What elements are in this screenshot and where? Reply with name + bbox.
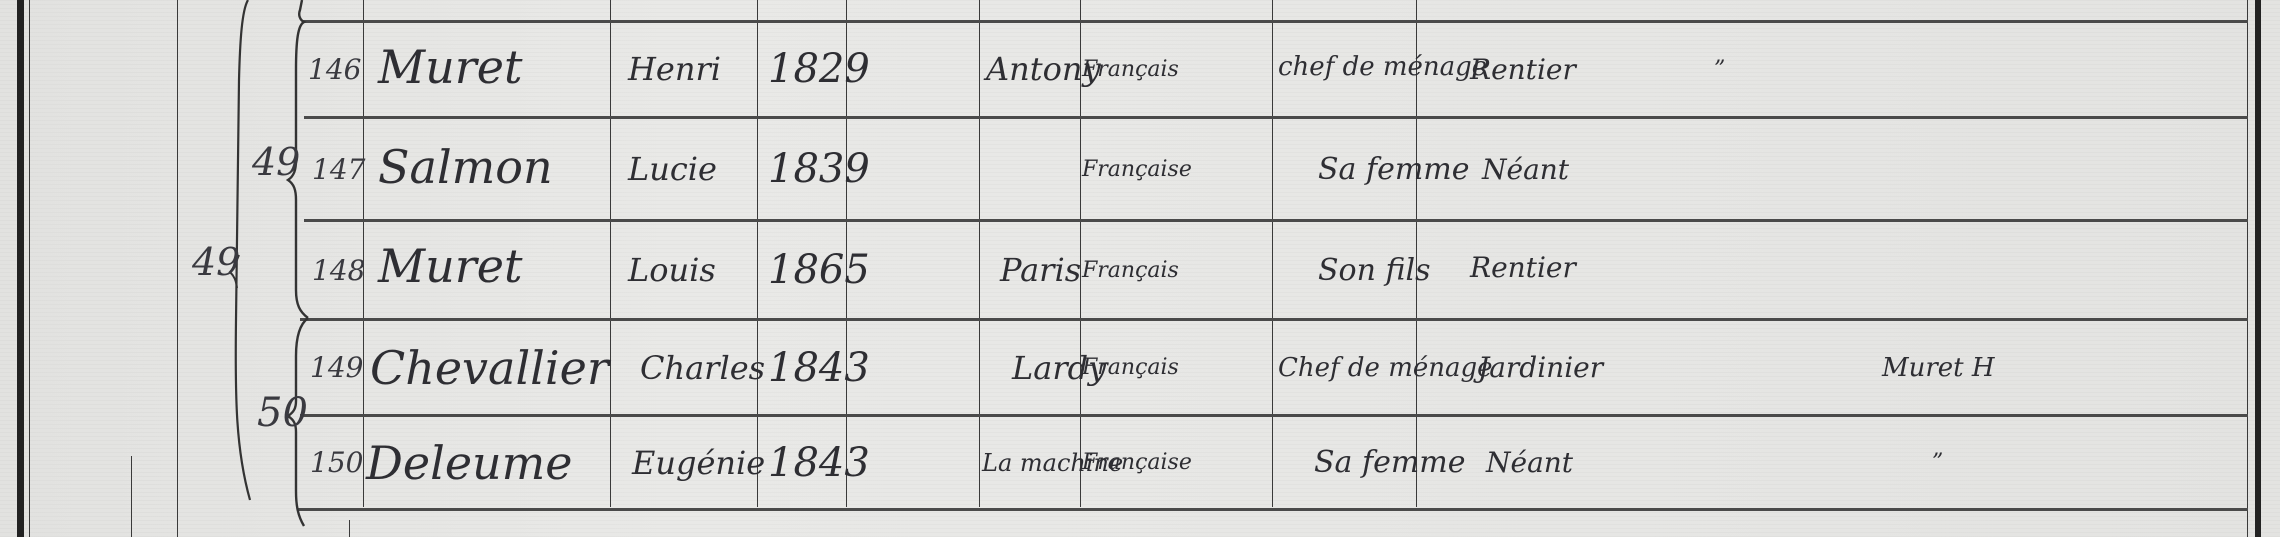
row-3-surname: Chevallier [370, 321, 609, 414]
row-0-surname: Muret [378, 22, 522, 112]
row-4-year: 1843 [768, 417, 870, 508]
col-rule-rel [1272, 0, 1273, 507]
left-margin-rule [17, 0, 24, 537]
row-0-num: 146 [308, 22, 361, 116]
row-4-relation: Sa femme [1314, 417, 1465, 508]
row-4-nationality: Française [1082, 417, 1192, 508]
row-4-occupation: Néant [1486, 417, 1573, 508]
row-2-year: 1865 [768, 222, 870, 318]
row-rule-2 [304, 219, 2248, 222]
row-2-occupation: Rentier [1470, 222, 1576, 312]
col-rule-remark [2247, 0, 2248, 537]
row-2-nationality: Français [1082, 222, 1179, 318]
row-0-relation: chef de ménage [1278, 22, 1487, 112]
row-2-relation: Son fils [1318, 222, 1430, 318]
row-2-birthplace: Paris [1000, 222, 1081, 318]
col-rule-surname [610, 0, 611, 507]
row-2-surname: Muret [378, 222, 522, 310]
row-rule-4 [300, 414, 2248, 417]
row-rule-5 [298, 508, 2248, 511]
col-rule-c [349, 520, 350, 537]
row-rule-0 [302, 20, 2248, 23]
left-thin-rule [29, 0, 30, 537]
row-1-nationality: Française [1082, 119, 1192, 219]
row-4-surname: Deleume [366, 417, 573, 508]
row-1-surname: Salmon [378, 119, 553, 215]
row-3-relation: Chef de ménage [1278, 321, 1493, 414]
row-2-num: 148 [312, 222, 365, 318]
household-group-49: 49 [252, 140, 300, 184]
row-4-num: 150 [310, 417, 363, 508]
col-rule-a [177, 0, 178, 537]
row-0-remark: ” [1714, 22, 1725, 116]
row-0-occupation: Rentier [1470, 22, 1576, 116]
row-3-num: 149 [310, 321, 363, 414]
row-1-given: Lucie [628, 119, 717, 219]
row-1-num: 147 [312, 119, 365, 219]
row-2-given: Louis [628, 222, 716, 318]
row-1-year: 1839 [768, 119, 870, 219]
row-4-remark: ” [1932, 417, 1943, 508]
row-3-remark: Muret H [1882, 321, 1995, 414]
row-3-occupation: Jardinier [1478, 321, 1603, 414]
row-3-year: 1843 [768, 321, 870, 414]
row-0-given: Henri [628, 22, 721, 116]
row-1-relation: Sa femme [1318, 119, 1469, 219]
row-0-nationality: Français [1082, 22, 1179, 116]
right-margin-rule [2255, 0, 2261, 537]
row-3-given: Charles [640, 321, 765, 414]
col-rule-place [979, 0, 980, 507]
row-1-occupation: Néant [1482, 119, 1569, 219]
row-rule-1 [304, 116, 2248, 119]
household-group-outer: 49 [192, 240, 240, 284]
row-4-given: Eugénie [632, 417, 765, 508]
row-3-nationality: Français [1082, 321, 1179, 414]
household-group-50: 50 [257, 390, 308, 436]
row-0-year: 1829 [768, 22, 870, 116]
col-rule-b [131, 456, 132, 537]
